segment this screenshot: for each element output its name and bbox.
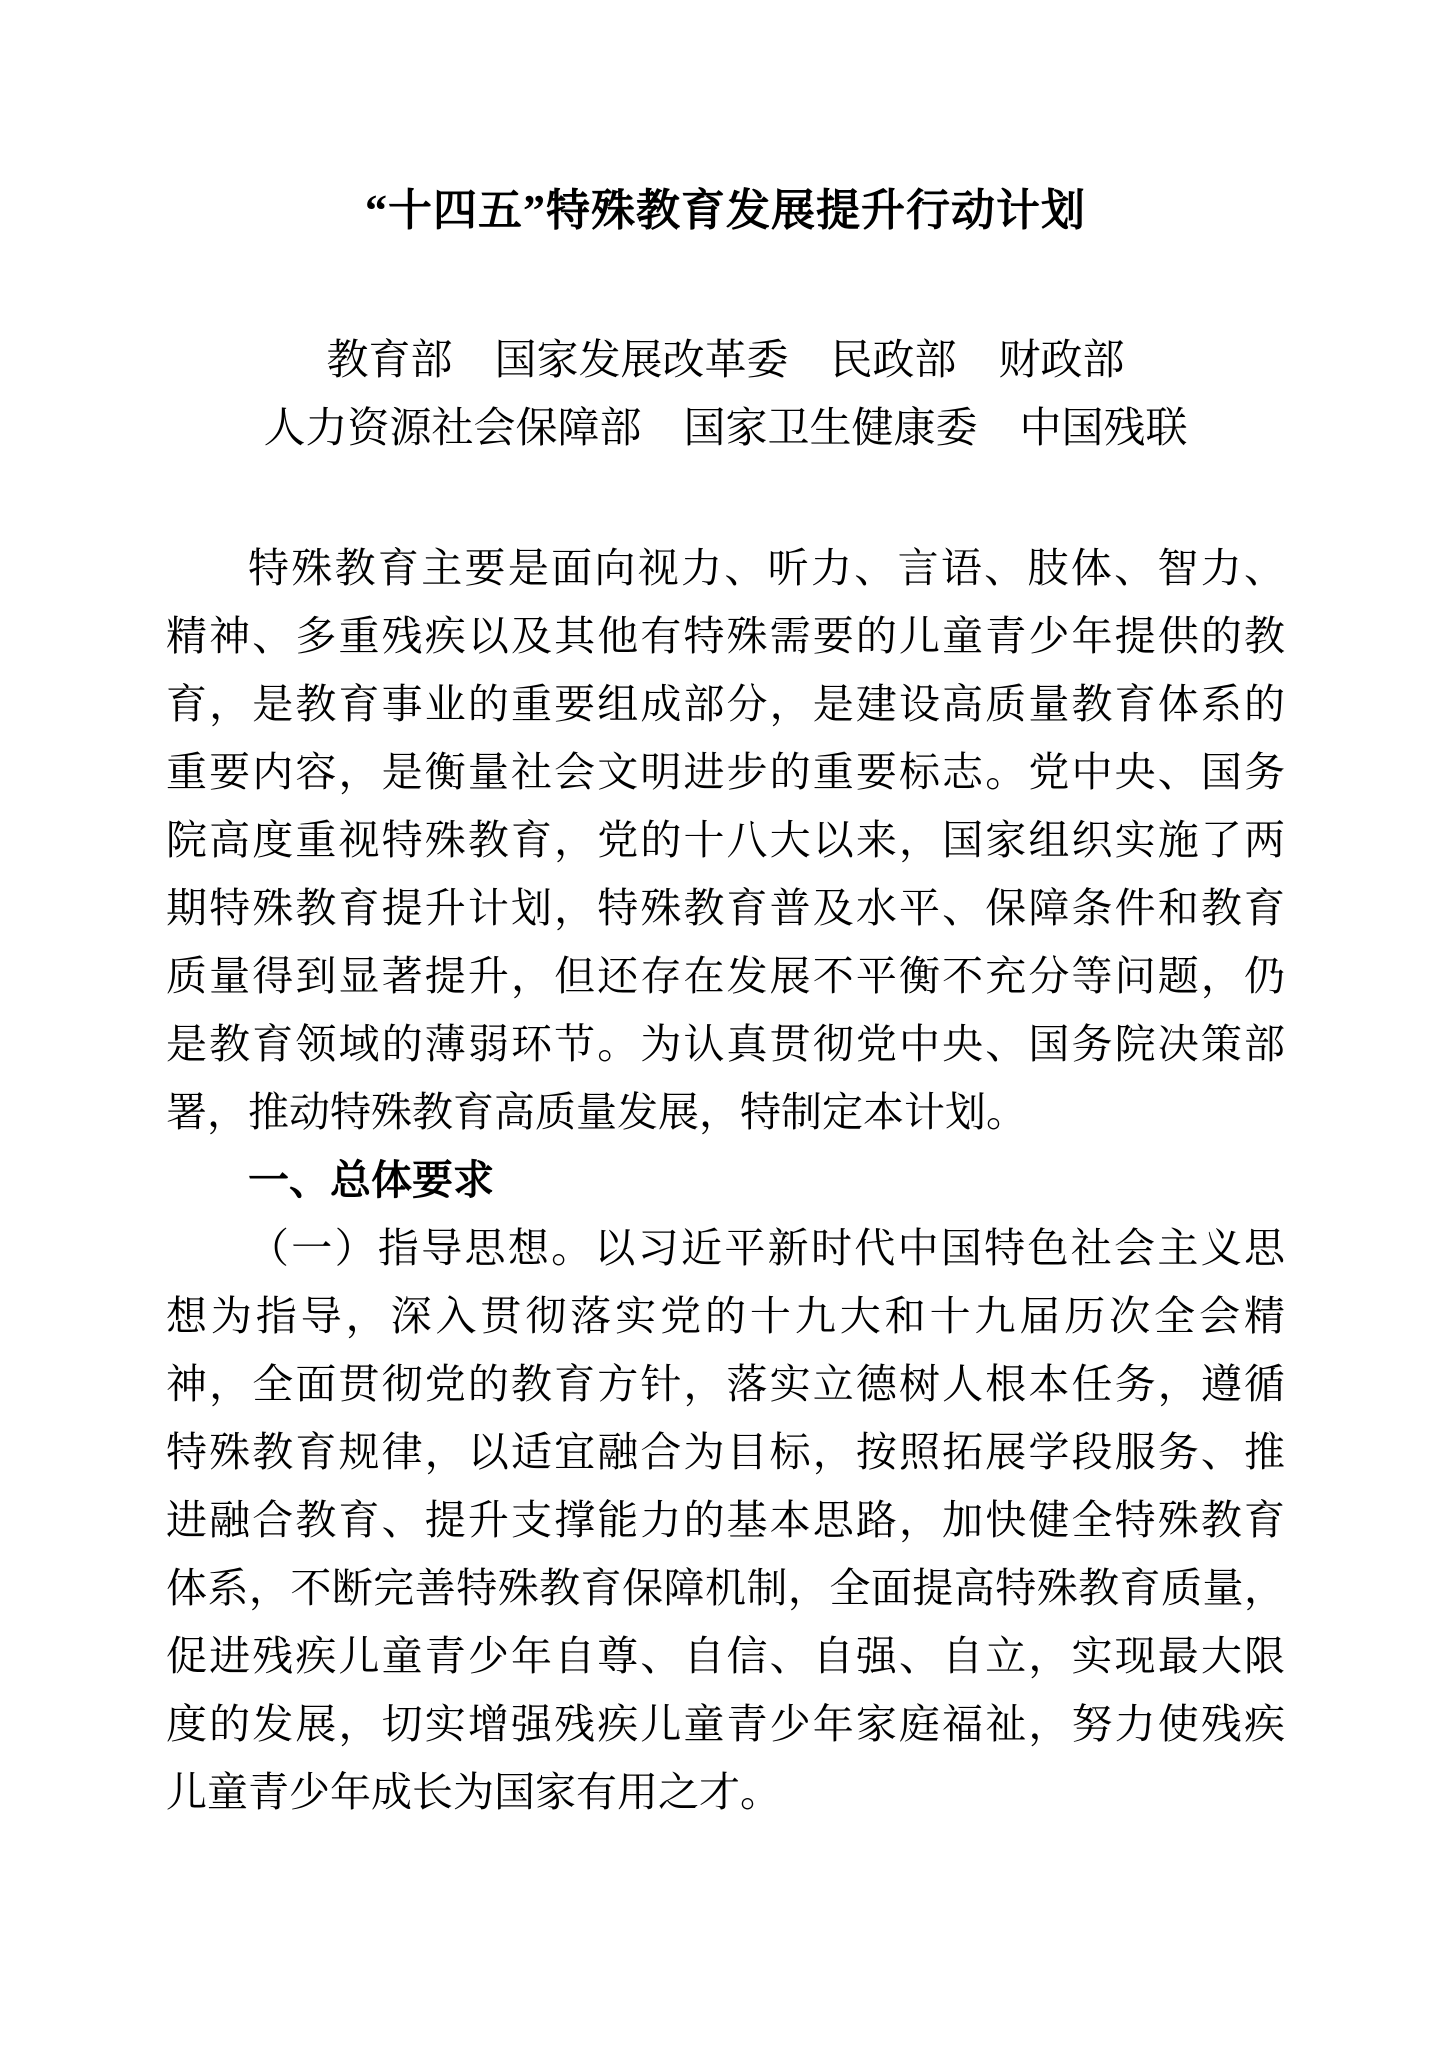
body-line: 特殊教育规律，以适宜融合为目标，按照拓展学段服务、推 (166, 1418, 1285, 1486)
body-line: 度的发展，切实增强残疾儿童青少年家庭福祉，努力使残疾 (166, 1690, 1285, 1758)
body-line: 精神、多重残疾以及其他有特殊需要的儿童青少年提供的教 (166, 602, 1285, 670)
document-title: “十四五”特殊教育发展提升行动计划 (166, 0, 1285, 245)
byline-ministries-row-1: 教育部 国家发展改革委 民政部 财政部 (166, 327, 1285, 395)
body-line: 署，推动特殊教育高质量发展，特制定本计划。 (166, 1078, 1285, 1146)
document-content: “十四五”特殊教育发展提升行动计划 教育部 国家发展改革委 民政部 财政部 人力… (166, 0, 1285, 1826)
body-line: 神，全面贯彻党的教育方针，落实立德树人根本任务，遵循 (166, 1350, 1285, 1418)
document-body: 特殊教育主要是面向视力、听力、言语、肢体、智力、精神、多重残疾以及其他有特殊需要… (166, 534, 1285, 1826)
body-line: 想为指导，深入贯彻落实党的十九大和十九届历次全会精 (166, 1282, 1285, 1350)
section-heading: 一、总体要求 (166, 1146, 1285, 1214)
body-line: 质量得到显著提升，但还存在发展不平衡不充分等问题，仍 (166, 942, 1285, 1010)
byline-ministries-row-2: 人力资源社会保障部 国家卫生健康委 中国残联 (166, 395, 1285, 463)
body-line: 育，是教育事业的重要组成部分，是建设高质量教育体系的 (166, 670, 1285, 738)
body-line: 院高度重视特殊教育，党的十八大以来，国家组织实施了两 (166, 806, 1285, 874)
body-line: 期特殊教育提升计划，特殊教育普及水平、保障条件和教育 (166, 874, 1285, 942)
body-line: （一）指导思想。以习近平新时代中国特色社会主义思 (166, 1214, 1285, 1282)
body-line: 进融合教育、提升支撑能力的基本思路，加快健全特殊教育 (166, 1486, 1285, 1554)
byline-group: 教育部 国家发展改革委 民政部 财政部 人力资源社会保障部 国家卫生健康委 中国… (166, 327, 1285, 463)
body-line: 促进残疾儿童青少年自尊、自信、自强、自立，实现最大限 (166, 1622, 1285, 1690)
body-line: 特殊教育主要是面向视力、听力、言语、肢体、智力、 (166, 534, 1285, 602)
document-page: “十四五”特殊教育发展提升行动计划 教育部 国家发展改革委 民政部 财政部 人力… (0, 0, 1447, 2048)
body-line: 体系，不断完善特殊教育保障机制，全面提高特殊教育质量， (166, 1554, 1285, 1622)
body-line: 是教育领域的薄弱环节。为认真贯彻党中央、国务院决策部 (166, 1010, 1285, 1078)
body-line: 儿童青少年成长为国家有用之才。 (166, 1758, 1285, 1826)
body-line: 重要内容，是衡量社会文明进步的重要标志。党中央、国务 (166, 738, 1285, 806)
